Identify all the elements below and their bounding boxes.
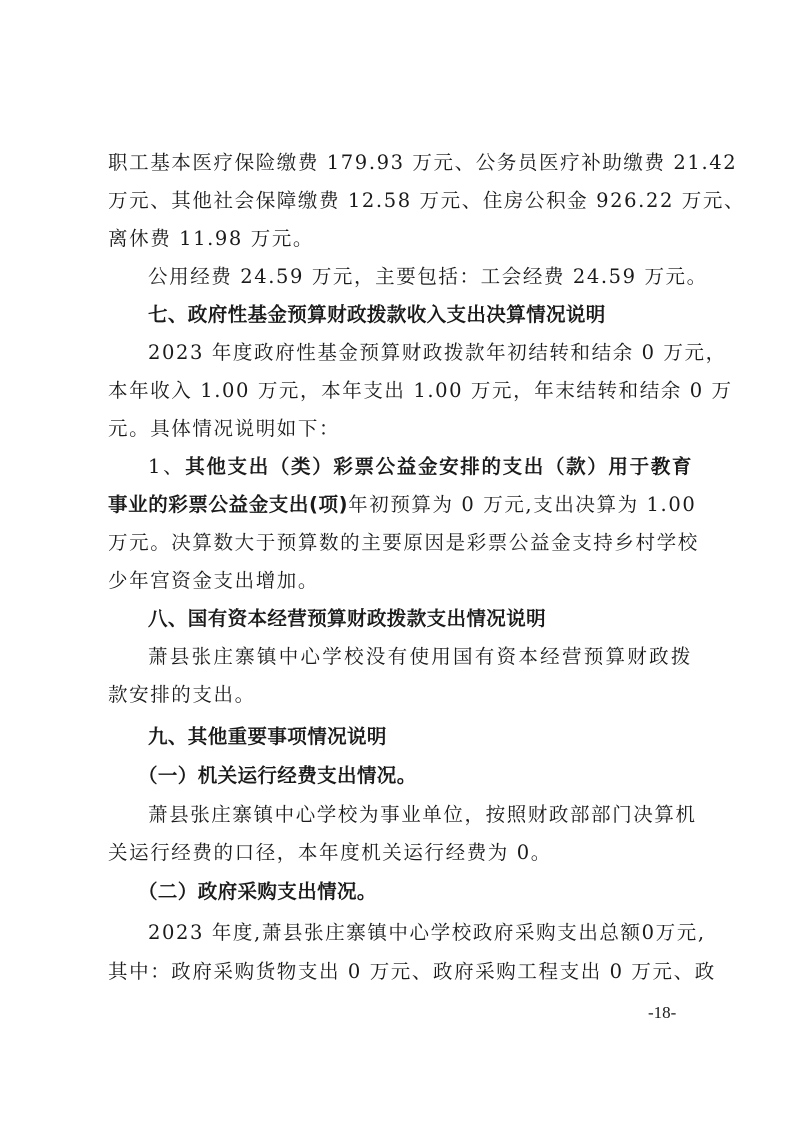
body-line: 元。具体情况说明如下： [108, 416, 692, 442]
body-line: 2023 年度,萧县张庄寨镇中心学校政府采购支出总额0万元, [148, 920, 692, 946]
sub-heading: （二）政府采购支出情况。 [138, 879, 722, 905]
body-line: 离休费 11.98 万元。 [108, 226, 692, 252]
section-heading: 七、政府性基金预算财政拨款收入支出决算情况说明 [148, 302, 692, 328]
body-line: 其中：政府采购货物支出 0 万元、政府采购工程支出 0 万元、政 [108, 959, 692, 985]
item-title-bold: 其他支出（类）彩票公益金安排的支出（款）用于教育 [185, 455, 692, 478]
body-line: 万元、其他社会保障缴费 12.58 万元、住房公积金 926.22 万元、 [108, 188, 692, 214]
item-text: 年初预算为 0 万元,支出决算为 1.00 [348, 493, 696, 516]
body-line: 少年宫资金支出增加。 [108, 568, 692, 594]
body-line: 本年收入 1.00 万元，本年支出 1.00 万元，年末结转和结余 0 万 [108, 378, 692, 404]
item-number: 1、 [148, 455, 185, 478]
body-line: 萧县张庄寨镇中心学校为事业单位，按照财政部部门决算机 [148, 802, 692, 828]
body-line: 公用经费 24.59 万元，主要包括：工会经费 24.59 万元。 [148, 264, 692, 290]
body-line: 2023 年度政府性基金预算财政拨款年初结转和结余 0 万元， [148, 340, 692, 366]
item-title-bold: 事业的彩票公益金支出(项) [108, 493, 348, 516]
body-line: 万元。决算数大于预算数的主要原因是彩票公益金支持乡村学校 [108, 530, 692, 556]
sub-heading: （一）机关运行经费支出情况。 [138, 763, 722, 789]
body-line: 关运行经费的口径，本年度机关运行经费为 0。 [108, 840, 692, 866]
page-number: -18- [648, 1002, 676, 1024]
body-line: 职工基本医疗保险缴费 179.93 万元、公务员医疗补助缴费 21.42 [108, 150, 692, 176]
body-line: 萧县张庄寨镇中心学校没有使用国有资本经营预算财政拨 [148, 644, 692, 670]
document-page: 职工基本医疗保险缴费 179.93 万元、公务员医疗补助缴费 21.42 万元、… [0, 0, 793, 1122]
section-heading: 八、国有资本经营预算财政拨款支出情况说明 [148, 606, 692, 632]
item-line: 1、其他支出（类）彩票公益金安排的支出（款）用于教育 [148, 454, 692, 480]
item-line: 事业的彩票公益金支出(项)年初预算为 0 万元,支出决算为 1.00 [108, 492, 692, 518]
section-heading: 九、其他重要事项情况说明 [148, 724, 692, 750]
body-line: 款安排的支出。 [108, 682, 692, 708]
